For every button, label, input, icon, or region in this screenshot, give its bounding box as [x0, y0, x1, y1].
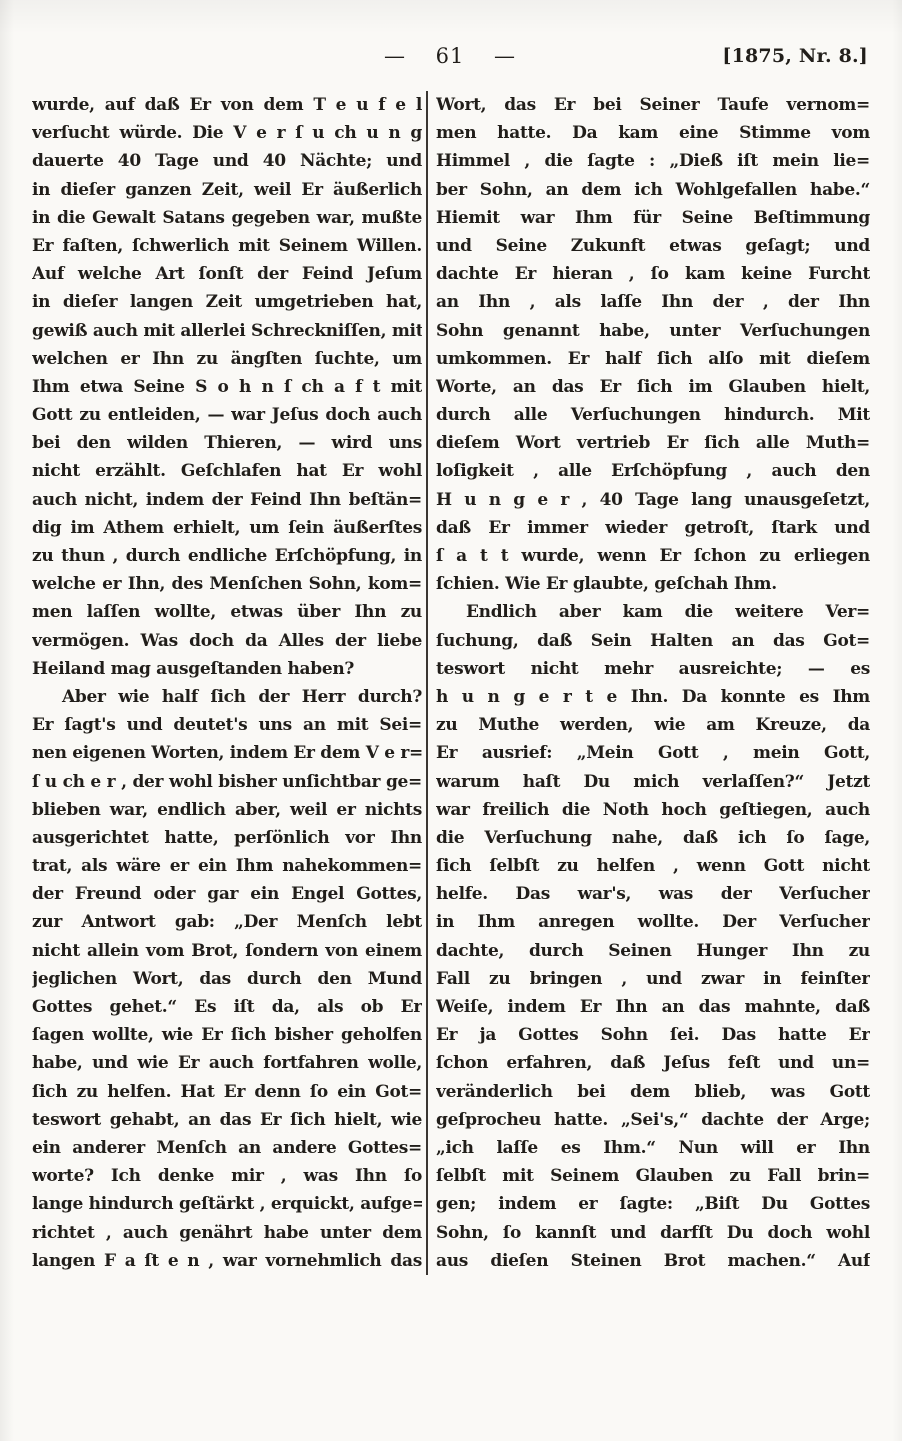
- text-line: an Ihn , als laſſe Ihn der , der Ihn: [436, 288, 870, 316]
- text-line: dachte Er hieran , ſo kam keine Furcht: [436, 260, 870, 288]
- text-line: dauerte 40 Tage und 40 Nächte; und: [32, 147, 422, 175]
- text-line: Er ja Gottes Sohn ſei. Das hatte Er: [436, 1021, 870, 1049]
- text-line: lange hindurch geſtärkt , erquickt, aufg…: [32, 1190, 422, 1218]
- text-line: Worte, an das Er ſich im Glauben hielt,: [436, 373, 870, 401]
- text-line: Fall zu bringen , und zwar in feinſter: [436, 965, 870, 993]
- text-line: Endlich aber kam die weitere Ver=: [436, 598, 870, 626]
- text-line: trat, als wäre er ein Ihm nahekommen=: [32, 852, 422, 880]
- text-line: nicht erzählt. Geſchlafen hat Er wohl: [32, 457, 422, 485]
- text-columns: wurde, auf daß Er von dem T e u f e lver…: [32, 91, 870, 1275]
- text-line: ſelbſt mit Seinem Glauben zu Fall brin=: [436, 1162, 870, 1190]
- text-line: zu Muthe werden, wie am Kreuze, da: [436, 711, 870, 739]
- text-line: ſagen wollte, wie Er ſich bisher geholfe…: [32, 1021, 422, 1049]
- text-line: men hatte. Da kam eine Stimme vom: [436, 119, 870, 147]
- right-column: Wort, das Er bei Seiner Taufe vernom=men…: [436, 91, 870, 1275]
- text-line: langen F a ſt e n , war vornehmlich das: [32, 1247, 422, 1275]
- text-line: ſ u ch e r , der wohl bisher unſichtbar …: [32, 768, 422, 796]
- page-header: — 61 — [1875, Nr. 8.]: [32, 44, 870, 76]
- text-line: und Seine Zukunft etwas geſagt; und: [436, 232, 870, 260]
- text-line: warum haſt Du mich verlaſſen?“ Jetzt: [436, 768, 870, 796]
- text-line: ſuchung, daß Sein Halten an das Got=: [436, 627, 870, 655]
- text-line: welchen er Ihn zu ängſten ſuchte, um: [32, 345, 422, 373]
- text-line: nen eigenen Worten, indem Er dem V e r=: [32, 739, 422, 767]
- text-line: welche er Ihn, des Menſchen Sohn, kom=: [32, 570, 422, 598]
- text-line: men laſſen wollte, etwas über Ihn zu: [32, 598, 422, 626]
- text-line: „ich laſſe es Ihm.“ Nun will er Ihn: [436, 1134, 870, 1162]
- issue-tag: [1875, Nr. 8.]: [722, 45, 868, 67]
- text-line: h u n g e r t e Ihn. Da konnte es Ihm: [436, 683, 870, 711]
- text-line: dieſem Wort vertrieb Er ſich alle Muth=: [436, 429, 870, 457]
- text-line: ſich ſelbſt zu helfen , wenn Gott nicht: [436, 852, 870, 880]
- text-line: habe, und wie Er auch fortfahren wolle,: [32, 1049, 422, 1077]
- text-line: geſprocheu hatte. „Sei's,“ dachte der Ar…: [436, 1106, 870, 1134]
- text-line: auch nicht, indem der Feind Ihn beſtän=: [32, 486, 422, 514]
- text-line: zur Antwort gab: „Der Menſch lebt: [32, 908, 422, 936]
- text-line: die Verſuchung nahe, daß ich ſo ſage,: [436, 824, 870, 852]
- text-line: Weiſe, indem Er Ihn an das mahnte, daß: [436, 993, 870, 1021]
- text-line: zu thun , durch endliche Erſchöpfung, in: [32, 542, 422, 570]
- text-line: umkommen. Er half ſich alſo mit dieſem: [436, 345, 870, 373]
- text-line: loſigkeit , alle Erſchöpfung , auch den: [436, 457, 870, 485]
- left-column: wurde, auf daß Er von dem T e u f e lver…: [32, 91, 422, 1275]
- text-line: helfe. Das war's, was der Verſucher: [436, 880, 870, 908]
- text-line: aus dieſen Steinen Brot machen.“ Auf: [436, 1247, 870, 1275]
- text-line: jeglichen Wort, das durch den Mund: [32, 965, 422, 993]
- text-line: gewiß auch mit allerlei Schreckniſſen, m…: [32, 317, 422, 345]
- text-line: gen; indem er ſagte: „Biſt Du Gottes: [436, 1190, 870, 1218]
- text-line: ausgerichtet hatte, perſönlich vor Ihn: [32, 824, 422, 852]
- text-line: in Ihm anregen wollte. Der Verſucher: [436, 908, 870, 936]
- text-line: Aber wie half ſich der Herr durch?: [32, 683, 422, 711]
- text-line: Heiland mag ausgeſtanden haben?: [32, 655, 422, 683]
- text-line: ſich zu helfen. Hat Er denn ſo ein Got=: [32, 1078, 422, 1106]
- text-line: Er faſten, ſchwerlich mit Seinem Willen.: [32, 232, 422, 260]
- text-line: teswort gehabt, an das Er ſich hielt, wi…: [32, 1106, 422, 1134]
- text-line: dig im Athem erhielt, um ſein äußerſtes: [32, 514, 422, 542]
- text-line: veränderlich bei dem blieb, was Gott: [436, 1078, 870, 1106]
- text-line: in dieſer langen Zeit umgetrieben hat,: [32, 288, 422, 316]
- text-line: Auf welche Art ſonſt der Feind Jeſum: [32, 260, 422, 288]
- text-line: der Freund oder gar ein Engel Gottes,: [32, 880, 422, 908]
- text-line: durch alle Verſuchungen hindurch. Mit: [436, 401, 870, 429]
- page-number: — 61 —: [350, 44, 550, 68]
- text-line: Himmel , die ſagte : „Dieß iſt mein lie=: [436, 147, 870, 175]
- text-line: Sohn, ſo kannſt und darfſt Du doch wohl: [436, 1219, 870, 1247]
- column-divider: [426, 91, 428, 1275]
- text-line: ber Sohn, an dem ich Wohlgefallen habe.“: [436, 176, 870, 204]
- text-line: blieben war, endlich aber, weil er nicht…: [32, 796, 422, 824]
- scanned-page: — 61 — [1875, Nr. 8.] wurde, auf daß Er …: [0, 0, 902, 1441]
- text-line: vermögen. Was doch da Alles der liebe: [32, 627, 422, 655]
- text-line: in dieſer ganzen Zeit, weil Er äußerlich: [32, 176, 422, 204]
- text-line: Ihm etwa Seine S o h n ſ ch a f t mit: [32, 373, 422, 401]
- text-line: in die Gewalt Satans gegeben war, mußte: [32, 204, 422, 232]
- text-line: Hiemit war Ihm für Seine Beſtimmung: [436, 204, 870, 232]
- text-line: ſchien. Wie Er glaubte, geſchah Ihm.: [436, 570, 870, 598]
- text-line: ſ a t t wurde, wenn Er ſchon zu erliegen: [436, 542, 870, 570]
- text-line: Er ſagt's und deutet's uns an mit Sei=: [32, 711, 422, 739]
- text-line: wurde, auf daß Er von dem T e u f e l: [32, 91, 422, 119]
- text-line: ſchon erfahren, daß Jeſus feſt und un=: [436, 1049, 870, 1077]
- text-line: nicht allein vom Brot, ſondern von einem: [32, 937, 422, 965]
- text-line: daß Er immer wieder getroſt, ſtark und: [436, 514, 870, 542]
- text-line: Gott zu entleiden, — war Jeſus doch auch: [32, 401, 422, 429]
- text-line: Er ausrief: „Mein Gott , mein Gott,: [436, 739, 870, 767]
- text-line: bei den wilden Thieren, — wird uns: [32, 429, 422, 457]
- text-line: worte? Ich denke mir , was Ihn ſo: [32, 1162, 422, 1190]
- text-line: richtet , auch genährt habe unter dem: [32, 1219, 422, 1247]
- text-line: verſucht würde. Die V e r ſ u ch u n g: [32, 119, 422, 147]
- text-line: Gottes gehet.“ Es iſt da, als ob Er: [32, 993, 422, 1021]
- text-line: war freilich die Noth hoch geſtiegen, au…: [436, 796, 870, 824]
- text-line: Wort, das Er bei Seiner Taufe vernom=: [436, 91, 870, 119]
- text-line: ein anderer Menſch an andere Gottes=: [32, 1134, 422, 1162]
- text-line: Sohn genannt habe, unter Verſuchungen: [436, 317, 870, 345]
- text-line: dachte, durch Seinen Hunger Ihn zu: [436, 937, 870, 965]
- text-line: H u n g e r , 40 Tage lang unausgeſetzt,: [436, 486, 870, 514]
- text-line: teswort nicht mehr ausreichte; — es: [436, 655, 870, 683]
